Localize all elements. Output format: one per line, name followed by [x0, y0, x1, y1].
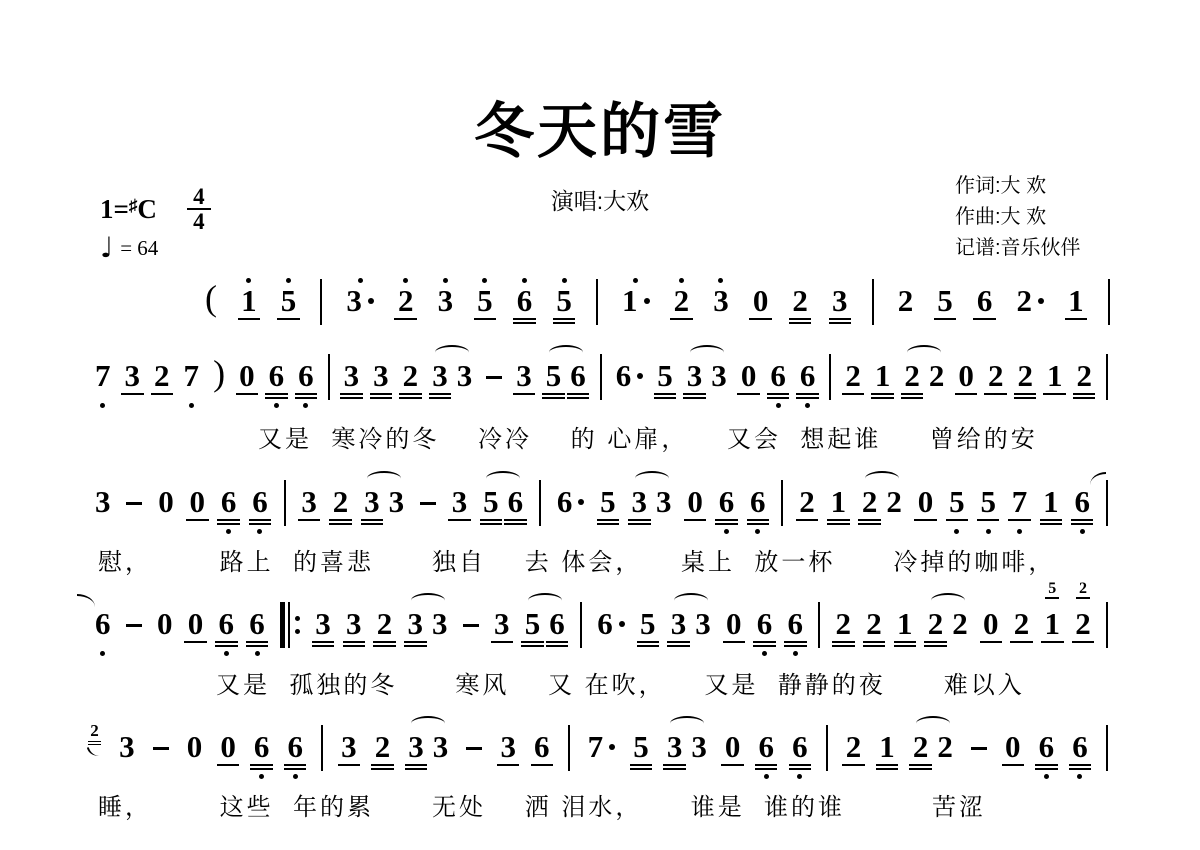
note: 3 — [671, 598, 687, 657]
note: 0 — [741, 350, 757, 409]
duration-dash — [971, 747, 987, 750]
note: 2 — [792, 275, 808, 334]
slur-group: 33 — [408, 598, 448, 657]
note: 2 — [886, 476, 902, 535]
note: 6 — [719, 476, 735, 535]
duration-dash — [486, 376, 502, 379]
note: 6 — [788, 598, 804, 657]
barline — [328, 354, 330, 400]
barline — [1106, 725, 1108, 771]
barline — [596, 279, 598, 325]
parenthesis: ( — [205, 279, 217, 317]
note: 0 — [158, 476, 174, 535]
lyrics-row: 又是 寒冷的冬 冷冷 的 心扉， 又会 想起谁 曾给的安 — [258, 419, 1038, 454]
note: 2 — [988, 350, 1004, 409]
note: 6 — [534, 721, 550, 780]
note: 3 — [516, 350, 532, 409]
note: 3 — [711, 350, 727, 409]
slur-group: 22 — [913, 721, 953, 780]
note: 0 — [958, 350, 974, 409]
quarter-note-icon: ♩ — [100, 234, 113, 262]
note: 6 — [616, 350, 644, 409]
ossia-note: 2 — [1076, 580, 1090, 599]
note: 1 — [1068, 275, 1084, 334]
duration-dash — [126, 624, 142, 627]
note: 7 — [1012, 476, 1028, 535]
note: 6 — [1072, 721, 1088, 780]
note: 3 — [125, 350, 141, 409]
barline — [826, 725, 828, 771]
tempo-marking: ♩ = 64 — [100, 234, 158, 262]
note: 0 — [220, 721, 236, 780]
duration-dash — [126, 502, 142, 505]
note: 6 — [570, 350, 586, 409]
barline — [580, 602, 582, 648]
note: 1 — [241, 275, 257, 334]
slur-group: 33 — [632, 476, 672, 535]
note: 3 — [656, 476, 672, 535]
note: 0 — [983, 598, 999, 657]
slur-group: 33 — [667, 721, 707, 780]
note: 3 — [457, 350, 473, 409]
note: 6 — [770, 350, 786, 409]
note: 2 — [1017, 350, 1033, 409]
note: 3 — [119, 721, 135, 780]
note: 3 — [408, 721, 424, 780]
note: 5 — [281, 275, 297, 334]
note: 5 — [937, 275, 953, 334]
note: 6 — [758, 721, 774, 780]
note: 6 — [1039, 721, 1055, 780]
note: 6 — [557, 476, 585, 535]
note: 2 — [375, 721, 391, 780]
barline — [539, 480, 541, 526]
note: 6 — [597, 598, 625, 657]
key-text: 1=♯C — [100, 194, 157, 225]
note: 6 — [287, 721, 303, 780]
note: 2 — [1076, 350, 1092, 409]
note: 5 — [556, 275, 572, 334]
note: 6 — [517, 275, 533, 334]
note: 6 — [252, 476, 268, 535]
note: 3 — [832, 275, 848, 334]
note: 3 — [373, 350, 389, 409]
note: 3 — [432, 598, 448, 657]
note: 6 — [977, 275, 993, 334]
music-line: 6006633233356653306622122021522 — [95, 598, 1108, 662]
note: 1 — [831, 476, 847, 535]
note: 2 — [937, 721, 953, 780]
note: 3 — [344, 350, 360, 409]
barline — [321, 725, 323, 771]
note: 6 — [750, 476, 766, 535]
meter-numerator: 4 — [193, 186, 205, 207]
note: 6 — [269, 350, 285, 409]
note: 0 — [687, 476, 703, 535]
barline — [284, 480, 286, 526]
note: 0 — [1005, 721, 1021, 780]
barline — [1106, 354, 1108, 400]
note: 3 — [301, 476, 317, 535]
note: 2 — [799, 476, 815, 535]
slur-group: 33 — [671, 598, 711, 657]
note: 1 — [622, 275, 650, 334]
slur-group: 33 — [687, 350, 727, 409]
note: 7 — [95, 350, 111, 409]
tie-arc — [77, 594, 95, 607]
note: 3 — [687, 350, 703, 409]
slur-group: 56 — [483, 476, 523, 535]
note: 3 — [691, 721, 707, 780]
slur-group: 33 — [432, 350, 472, 409]
note: 3 — [667, 721, 683, 780]
duration-dash — [420, 502, 436, 505]
note: 6 — [800, 350, 816, 409]
note: 7 — [184, 350, 200, 409]
barline — [568, 725, 570, 771]
note: 0 — [726, 598, 742, 657]
note: 2 — [929, 350, 945, 409]
tie-arc — [1090, 472, 1106, 485]
note: 6 — [254, 721, 270, 780]
note: 2 — [333, 476, 349, 535]
note: 6 — [249, 598, 265, 657]
lyrics-row: 慰， 路上 的喜悲 独自 去 体会， 桌上 放一杯 冷掉的咖啡， — [98, 542, 1055, 577]
note: 2 — [862, 476, 878, 535]
barline — [818, 602, 820, 648]
note: 6 — [95, 598, 111, 657]
slur-group: 22 — [862, 476, 902, 535]
note: 3 — [713, 275, 729, 334]
note: 6 — [792, 721, 808, 780]
ossia-note: 5 — [1045, 580, 1059, 599]
note: 6 — [298, 350, 314, 409]
note: 2 — [1014, 598, 1030, 657]
note: 5 — [980, 476, 996, 535]
lyrics-row: 睡， 这些 年的累 无处 洒 泪水， 谁是 谁的谁 苦涩 — [98, 787, 986, 822]
note: 2 — [898, 275, 914, 334]
slur-group: 56 — [546, 350, 586, 409]
note: 3 — [500, 721, 516, 780]
barline — [781, 480, 783, 526]
parenthesis: ) — [213, 354, 225, 392]
note: 2 — [913, 721, 929, 780]
duration-dash — [153, 747, 169, 750]
note: 2 — [866, 598, 882, 657]
duration-dash — [466, 747, 482, 750]
note: 2 — [836, 598, 852, 657]
note: 6 — [219, 598, 235, 657]
note: 0 — [918, 476, 934, 535]
slur-group: 22 — [904, 350, 944, 409]
note: 1 — [897, 598, 913, 657]
note: 3 — [695, 598, 711, 657]
note: 6 — [757, 598, 773, 657]
time-signature: 4 4 — [187, 186, 211, 232]
note: 2 — [904, 350, 920, 409]
note: 3 — [364, 476, 380, 535]
note: 2 — [928, 598, 944, 657]
note: 5 — [657, 350, 673, 409]
slur-group: 33 — [408, 721, 448, 780]
song-title: 冬天的雪 — [0, 84, 1200, 170]
note: 3 — [494, 598, 510, 657]
slur-group: 22 — [928, 598, 968, 657]
note: 5 — [483, 476, 499, 535]
note: 3 — [389, 476, 405, 535]
note: 3 — [632, 476, 648, 535]
tempo-value: = 64 — [120, 236, 158, 261]
note: 3 — [433, 721, 449, 780]
music-line: 23006632333675330662122066 — [88, 721, 1108, 785]
barline — [1106, 480, 1108, 526]
note: 6 — [508, 476, 524, 535]
barline — [1106, 602, 1108, 648]
duration-dash — [463, 624, 479, 627]
barline — [1108, 279, 1110, 325]
note: 0 — [725, 721, 741, 780]
barline — [600, 354, 602, 400]
barline — [872, 279, 874, 325]
note: 0 — [157, 598, 173, 657]
barline — [320, 279, 322, 325]
composer-credit: 作曲:大 欢 — [955, 202, 1081, 233]
repeat-begin-sign — [280, 602, 300, 648]
note: 2 — [398, 275, 414, 334]
note: 6 — [221, 476, 237, 535]
note: 5 — [477, 275, 493, 334]
music-line: (1532356512302325621 — [205, 275, 1110, 339]
note: 3 — [432, 350, 448, 409]
note: 5 — [633, 721, 649, 780]
transcriber-credit: 记谱:音乐伙伴 — [955, 233, 1081, 264]
sharp-icon: ♯ — [129, 196, 138, 215]
note: 2 — [377, 598, 393, 657]
note: 2 — [1016, 275, 1044, 334]
slur-group: 33 — [364, 476, 404, 535]
note: 6 — [549, 598, 565, 657]
note: 3 — [408, 598, 424, 657]
music-line: 30066323335665330662122055716 — [95, 476, 1108, 540]
key-signature: 1=♯C 4 4 — [100, 186, 211, 232]
note: 5 — [949, 476, 965, 535]
note: 2 — [403, 350, 419, 409]
barline — [829, 354, 831, 400]
note: 2 — [845, 350, 861, 409]
note: 3 — [315, 598, 331, 657]
music-line: 7327)066332333566533066212202212 — [95, 350, 1108, 414]
note: 0 — [753, 275, 769, 334]
note: 3 — [346, 598, 362, 657]
note: 2 — [674, 275, 690, 334]
note: 1 — [1043, 476, 1059, 535]
note: 15 — [1045, 598, 1061, 657]
lyricist-credit: 作词:大 欢 — [955, 171, 1081, 202]
note: 1 — [1047, 350, 1063, 409]
note: 22 — [1075, 598, 1091, 657]
note: 2 — [154, 350, 170, 409]
note: 2 — [952, 598, 968, 657]
sheet-music-page: 冬天的雪 演唱:大欢 作词:大 欢 作曲:大 欢 记谱:音乐伙伴 1=♯C 4 … — [0, 0, 1200, 850]
note: 0 — [188, 598, 204, 657]
note: 3 — [95, 476, 111, 535]
note: 3 — [452, 476, 468, 535]
note: 6 — [1074, 476, 1090, 535]
note: 5 — [525, 598, 541, 657]
note: 5 — [600, 476, 616, 535]
note: 0 — [190, 476, 206, 535]
note: 3 — [341, 721, 357, 780]
slur-group: 56 — [525, 598, 565, 657]
note: 7 — [588, 721, 616, 780]
note: 1 — [879, 721, 895, 780]
note: 5 — [640, 598, 656, 657]
note: 0 — [239, 350, 255, 409]
note: 3 — [346, 275, 374, 334]
meter-denominator: 4 — [193, 211, 205, 232]
note: 1 — [875, 350, 891, 409]
note: 0 — [187, 721, 203, 780]
note: 5 — [546, 350, 562, 409]
lyrics-row: 又是 孤独的冬 寒风 又 在吹， 又是 静静的夜 难以入 — [216, 665, 1025, 700]
credits-block: 作词:大 欢 作曲:大 欢 记谱:音乐伙伴 — [955, 171, 1081, 264]
note: 3 — [438, 275, 454, 334]
note: 2 — [846, 721, 862, 780]
grace-note: 2 — [88, 723, 101, 757]
